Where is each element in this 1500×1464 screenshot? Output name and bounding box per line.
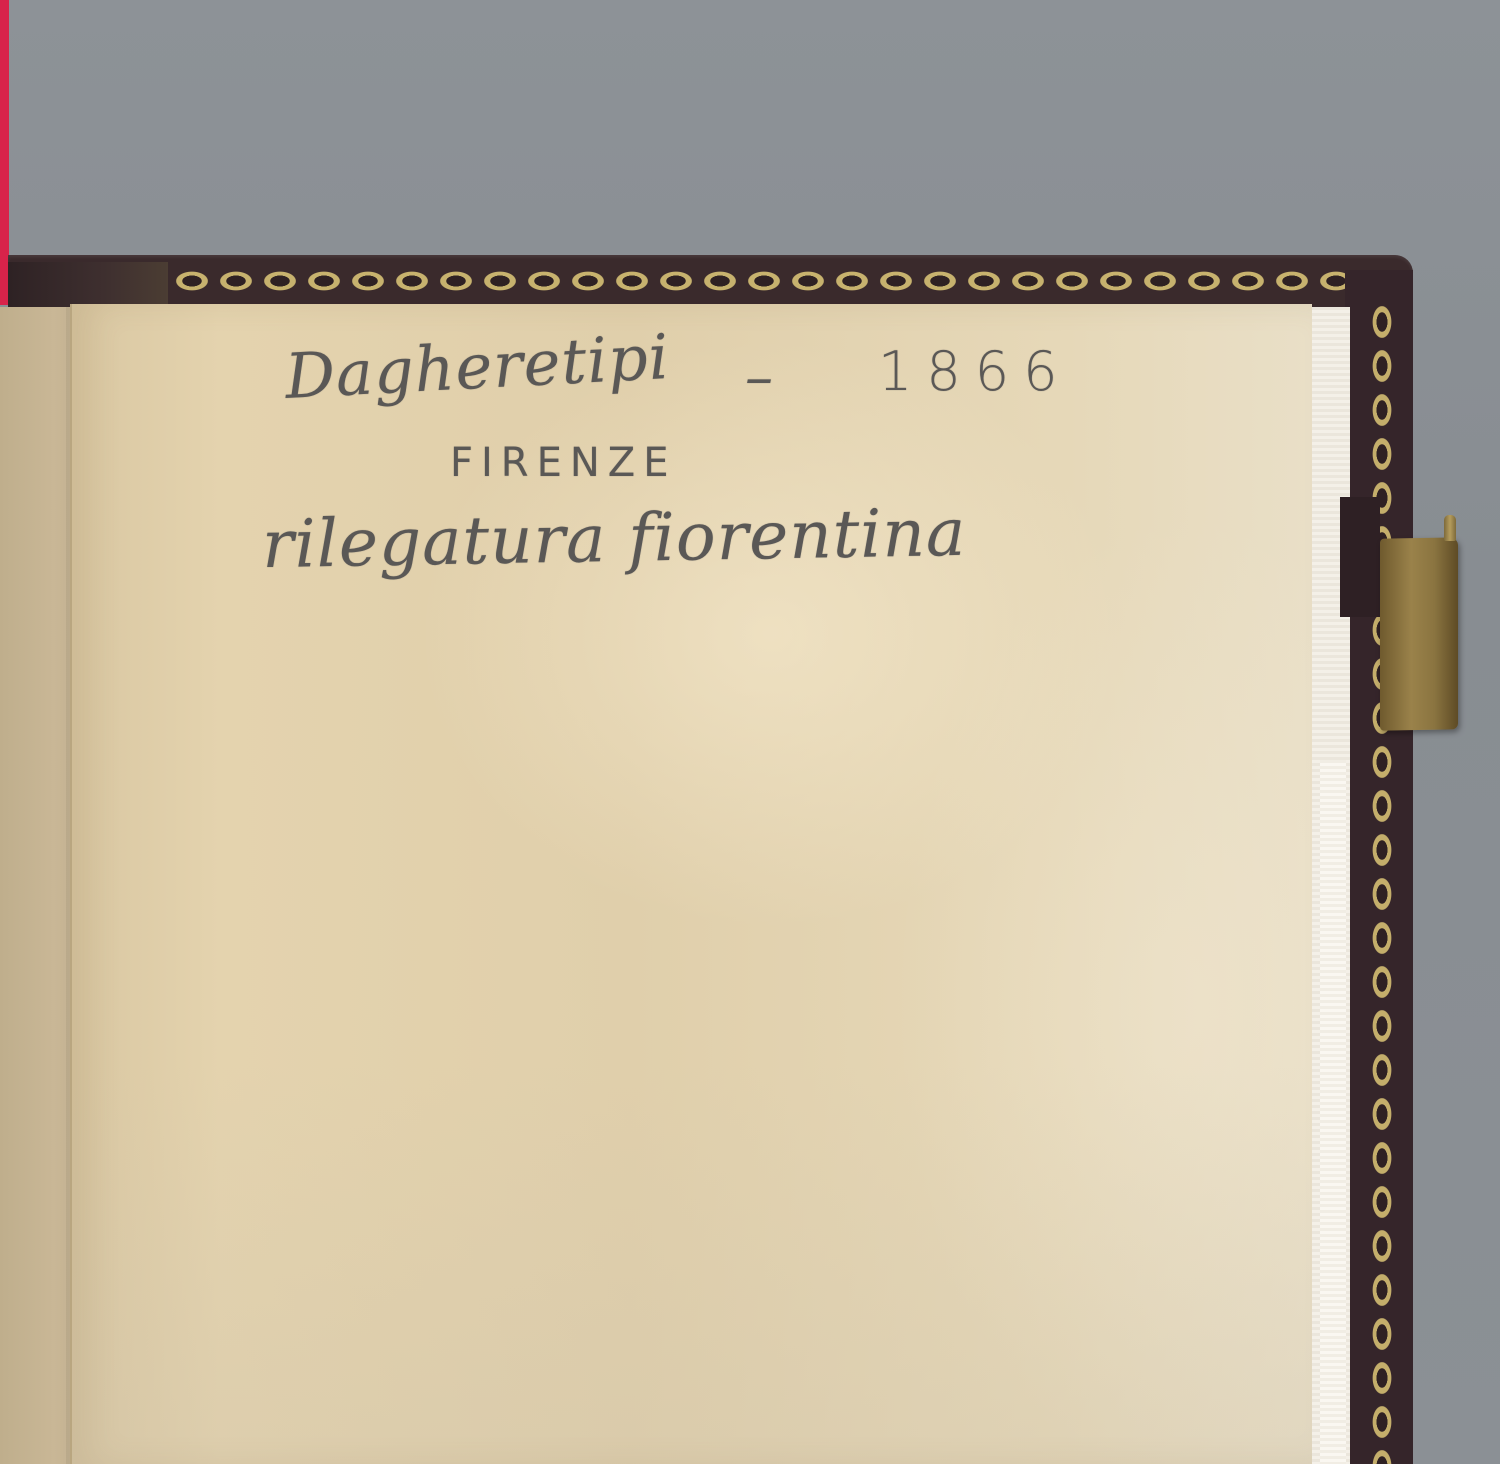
brass-clasp xyxy=(1380,537,1458,730)
inscription-firenze: FIRENZE xyxy=(450,440,676,486)
flyleaf-page xyxy=(70,304,1312,1464)
page-edges-lower xyxy=(1320,760,1346,1464)
inscription-rilegatura-fiorentina: rilegatura fiorentina xyxy=(261,494,966,583)
gilt-chain-border-right xyxy=(1368,300,1396,1464)
inscription-year: 1866 xyxy=(878,340,1071,403)
leather-binding-worn-corner xyxy=(8,262,168,307)
gilt-chain-border-top xyxy=(170,268,1395,294)
inscription-dash: – xyxy=(745,345,774,410)
clasp-leather-tab xyxy=(1340,497,1380,617)
clasp-pin xyxy=(1444,515,1456,541)
